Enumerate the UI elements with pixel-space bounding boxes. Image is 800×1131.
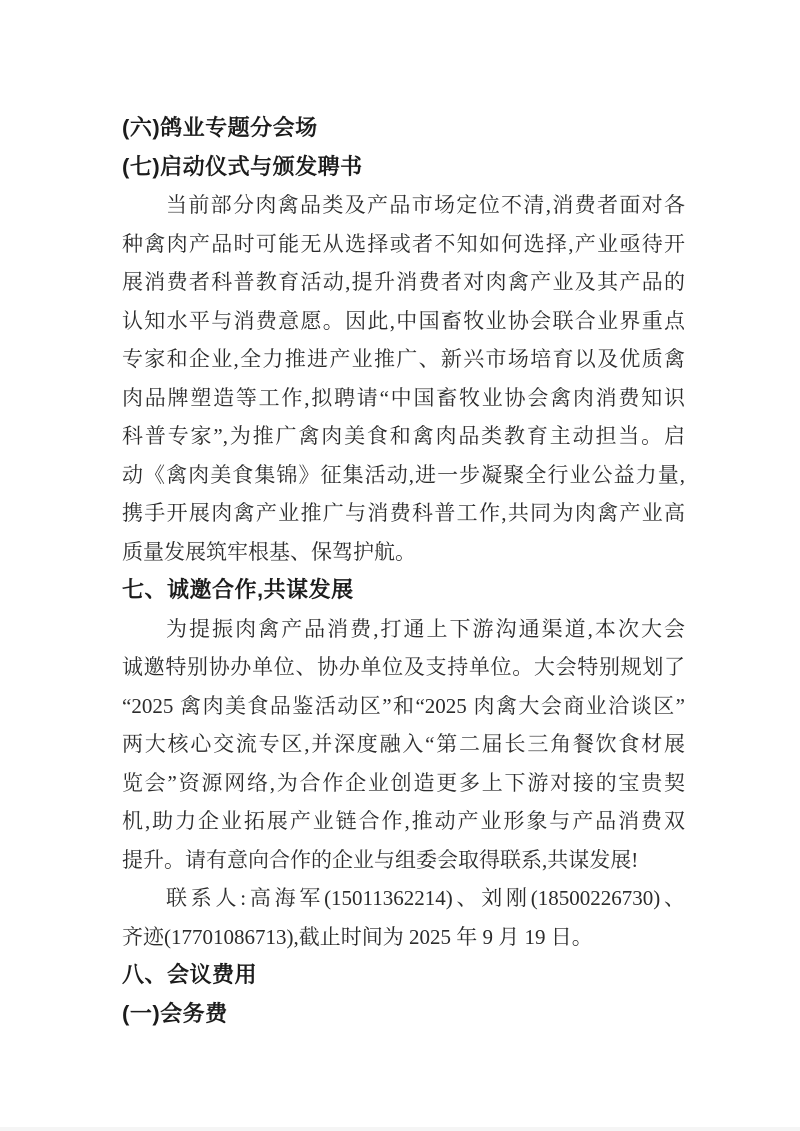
section-7-heading: 七、诚邀合作,共谋发展: [122, 571, 685, 610]
page-bottom-edge: [0, 1127, 800, 1131]
paragraph-1-line: 肉品牌塑造等工作,拟聘请“中国畜牧业协会禽肉消费知识: [122, 379, 685, 418]
paragraph-2-line: 览会”资源网络,为合作企业创造更多上下游对接的宝贵契: [122, 764, 685, 803]
subheading-item-7: (七)启动仪式与颁发聘书: [122, 148, 685, 187]
paragraph-1-line: 动《禽肉美食集锦》征集活动,进一步凝聚全行业公益力量,: [122, 456, 685, 495]
paragraph-2-line: 提升。请有意向合作的企业与组委会取得联系,共谋发展!: [122, 841, 685, 880]
paragraph-2-line: 机,助力企业拓展产业链合作,推动产业形象与产品消费双: [122, 802, 685, 841]
paragraph-2-line: 为提振肉禽产品消费,打通上下游沟通渠道,本次大会: [122, 610, 685, 649]
document-page: (六)鸽业专题分会场 (七)启动仪式与颁发聘书 当前部分肉禽品类及产品市场定位不…: [0, 0, 800, 1131]
paragraph-1-line: 展消费者科普教育活动,提升消费者对肉禽产业及其产品的: [122, 263, 685, 302]
contact-line: 联系人:高海军(15011362214)、刘刚(18500226730)、: [122, 879, 685, 918]
document-text-column: (六)鸽业专题分会场 (七)启动仪式与颁发聘书 当前部分肉禽品类及产品市场定位不…: [122, 109, 685, 1033]
paragraph-2-line: 两大核心交流专区,并深度融入“第二届长三角餐饮食材展: [122, 725, 685, 764]
paragraph-2-line: “2025 禽肉美食品鉴活动区”和“2025 肉禽大会商业洽谈区”: [122, 687, 685, 726]
subheading-item-6: (六)鸽业专题分会场: [122, 109, 685, 148]
paragraph-1-line: 质量发展筑牢根基、保驾护航。: [122, 533, 685, 572]
contact-line: 齐迹(17701086713),截止时间为 2025 年 9 月 19 日。: [122, 918, 685, 957]
section-8-heading: 八、会议费用: [122, 956, 685, 995]
paragraph-1-line: 当前部分肉禽品类及产品市场定位不清,消费者面对各: [122, 186, 685, 225]
paragraph-1-line: 种禽肉产品时可能无从选择或者不知如何选择,产业亟待开: [122, 225, 685, 264]
paragraph-2-line: 诚邀特别协办单位、协办单位及支持单位。大会特别规划了: [122, 648, 685, 687]
subheading-item-8-1: (一)会务费: [122, 995, 685, 1034]
paragraph-1-line: 携手开展肉禽产业推广与消费科普工作,共同为肉禽产业高: [122, 494, 685, 533]
paragraph-1-line: 专家和企业,全力推进产业推广、新兴市场培育以及优质禽: [122, 340, 685, 379]
paragraph-1-line: 科普专家”,为推广禽肉美食和禽肉品类教育主动担当。启: [122, 417, 685, 456]
paragraph-1-line: 认知水平与消费意愿。因此,中国畜牧业协会联合业界重点: [122, 302, 685, 341]
